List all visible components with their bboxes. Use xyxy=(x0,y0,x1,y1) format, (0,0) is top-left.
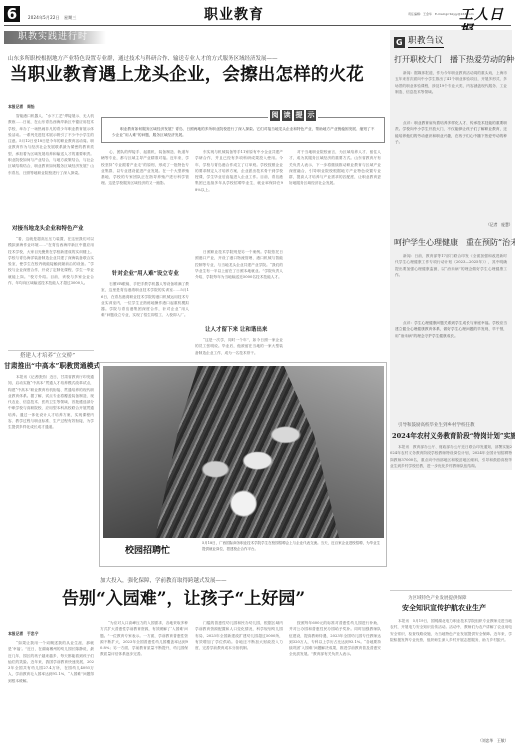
lead-column-1: 智能港口机器人、“水下工艺”焊接展示、无人机教练……日前，在山东青岛西海岸新区中… xyxy=(8,113,94,223)
photo-caption: 5月18日，广西国际商务职业技术学院学生在校园招聘会上与企业代表交流。当天，近百… xyxy=(202,541,382,552)
photo-title: 校园招聘忙 xyxy=(125,545,170,557)
lead-column-1b: “看，这就是超高压压力装置，在这里我们可以模拟深海作业环境……”在青岛西海岸新区… xyxy=(8,236,94,346)
lead-column-4: 对于当地职业院校而言，为区域培养人才、留住人才，成为其服务区域经济的重要方式。山… xyxy=(289,149,381,359)
lead-subhead-3: 让人才留下来 让和谐出来 xyxy=(205,326,267,334)
reading-tip-label: 阅 读 提 示 xyxy=(268,110,318,123)
sidebar-article-3-kicker: 引导和鼓励高校毕业生到乡村学校任教 xyxy=(398,422,475,430)
sidebar-article-4-kicker: 为区域特色产业发展提供保障 xyxy=(408,595,467,603)
sidebar-article-1-news: 新闻：据媒体报道，作为今年职业教育活动周的重头戏，上海市五年来首次面向中小学生推… xyxy=(395,70,507,118)
preschool-column-1: “如果让我用一个词概述我的从业生涯，那就是‘幸福’。”近日，在湖南郴州的幼儿园长… xyxy=(8,640,94,744)
lead-column-3c: “这是一次学，同时一个年”，如今日照一家企业的员工张明说。毕业后，他被留在当地的… xyxy=(195,337,283,359)
lead-column-3b: 日照职业技术学院则是另一个案例。学院依托日照港口产业，开设了港口物流管理、港口机… xyxy=(195,249,283,323)
preschool-headline: 告别“入园难”，让孩子“上好园” xyxy=(62,588,305,610)
sidebar-article-2-comment: 点评：学生心理健康问题关系到学生成长与家庭幸福。学校应当建立健全心理健康教育体系… xyxy=(395,320,507,416)
sidebar-article-3-title: 2024年农村义务教育阶段“特岗计划”实施 xyxy=(392,432,515,440)
section-title: 职业教育 xyxy=(204,7,264,23)
lead-column-2: 心，团队的焊接手、起重机、装备制造、轨道车辆等专业，都与区域主导产业精准对接。近… xyxy=(101,149,189,261)
lead-byline: 本报记者 周怡 xyxy=(8,104,35,109)
sidebar-article-3-body: 本报讯 教育部办公厅、财政部办公厅近日联合印发通知，部署实施2024年农村义务教… xyxy=(390,444,512,578)
sidebar-article-1-comment: 点评：职业教育肩负着培养多样化人才、传承技术技能的重要职责。学校向中小学生开放大… xyxy=(395,120,507,220)
lead-column-3: 东实现与机械装备等手11家原有中小企业共建产学研合作，并且已经有多项科研成果投入… xyxy=(195,149,283,247)
gansu-kicker: 搭建人才培养“立交桥” xyxy=(20,352,75,360)
lead-headline: 当职业教育遇上龙头企业，会擦出怎样的火花 xyxy=(10,63,380,87)
sidebar-header: G 职教刍议 xyxy=(394,36,444,48)
lead-subhead-2: 针对企业“用人难”设立专业 xyxy=(112,270,179,278)
divider xyxy=(390,590,512,591)
photo-frame: 校园招聘忙 5月18日，广西国际商务职业技术学院学生在校园招聘会上与企业代表交流… xyxy=(99,362,387,567)
preschool-kicker: 加大投入，强化保障，学前教育取得跨越式发展—— xyxy=(100,577,227,585)
sidebar-article-4-title: 安全知识宣传护航农业生产 xyxy=(402,604,486,612)
preschool-byline: 本报记者 于忠宁 xyxy=(8,631,38,636)
sidebar-article-1-title: 打开职校大门 播下热爱劳动的种子 xyxy=(394,54,508,65)
lead-column-2c: 石墨VR眼镜、手把手教学机器人等设备堆满了教室，这里是青岛港湾职业技术学院的实训… xyxy=(101,281,189,357)
newspaper-page: 6 2024年5月22日 星期三 职业教育 责任编辑：王金华 E-mail:gr… xyxy=(0,0,515,748)
masthead: 6 2024年5月22日 星期三 职业教育 责任编辑：王金华 E-mail:gr… xyxy=(4,6,511,26)
commentary-sidebar: G 职教刍议 打开职校大门 播下热爱劳动的种子 新闻：据媒体报道，作为今年职业教… xyxy=(390,30,512,470)
tip-char: 阅 xyxy=(270,110,280,121)
tent-right xyxy=(284,366,384,538)
tip-char: 示 xyxy=(306,110,316,121)
gansu-body: 本报讯（记者康劲）近日，甘肃省教育厅印发通知，启动实施“中高本”贯通人才培养模式… xyxy=(8,374,94,564)
lead-kicker: 山东多所职校根据地方产业特色设置专业群，通过技术与科研合作、输送专业人才的方式服… xyxy=(8,55,378,63)
campus-recruitment-photo xyxy=(103,366,384,538)
tip-char: 提 xyxy=(294,110,304,121)
preschool-column-4: 按照每年600元的标准对普惠性幼儿园进行补助，并对公办园和普惠性民办园给予奖补。… xyxy=(289,620,381,744)
preschool-column-2: “为应对人口高峰压力的入园需求，各地采取多种方式扩大普惠性学前教育资源，有效缓解… xyxy=(100,620,188,744)
sidebar-article-4-byline: （刘忠华 王敏） xyxy=(478,738,508,743)
tip-char: 读 xyxy=(282,110,292,121)
column-banner-label: 职教实践进行时 xyxy=(18,31,88,44)
sidebar-article-2-news: 新闻：日前，教育部等17部门联合印发《全面加强和改进新时代学生心理健康工作专项行… xyxy=(395,253,507,317)
sidebar-article-4-body: 本报讯 5月19日，国网湖北电力职业技术学院组织专业教师走进当地农村，开展电力安… xyxy=(390,618,512,738)
issue-date: 2024年5月22日 星期三 xyxy=(28,15,77,20)
sidebar-article-1-byline: （记者 庞慧） xyxy=(486,222,512,227)
reading-tip-text: 职业教育如何服务区域经济发展？青岛、日照两地的多所职业院校进行了深入探索。它们对… xyxy=(112,126,377,138)
gansu-headline: 甘肃推出“中高本”职教贯通模式 xyxy=(4,362,100,370)
sidebar-article-2-title: 呵护学生心理健康 重在预防“治未病” xyxy=(394,237,508,248)
sidebar-header-icon: G xyxy=(394,37,405,48)
divider xyxy=(8,350,94,351)
page-number: 6 xyxy=(4,6,20,22)
tent-left xyxy=(103,366,198,538)
preschool-column-3: 门槛的普惠性幼儿园和民办幼儿园，根据区域内学前教育资源配置和人口变化情况，科学规… xyxy=(195,620,283,744)
reading-tip-box: 阅 读 提 示 职业教育如何服务区域经济发展？青岛、日照两地的多所职业院校进行了… xyxy=(101,117,385,143)
lead-subhead-1: 对接当地龙头企业和特色产业 xyxy=(12,225,84,233)
sidebar-header-label: 职教刍议 xyxy=(408,36,444,48)
column-banner: 职教实践进行时 xyxy=(4,31,106,44)
